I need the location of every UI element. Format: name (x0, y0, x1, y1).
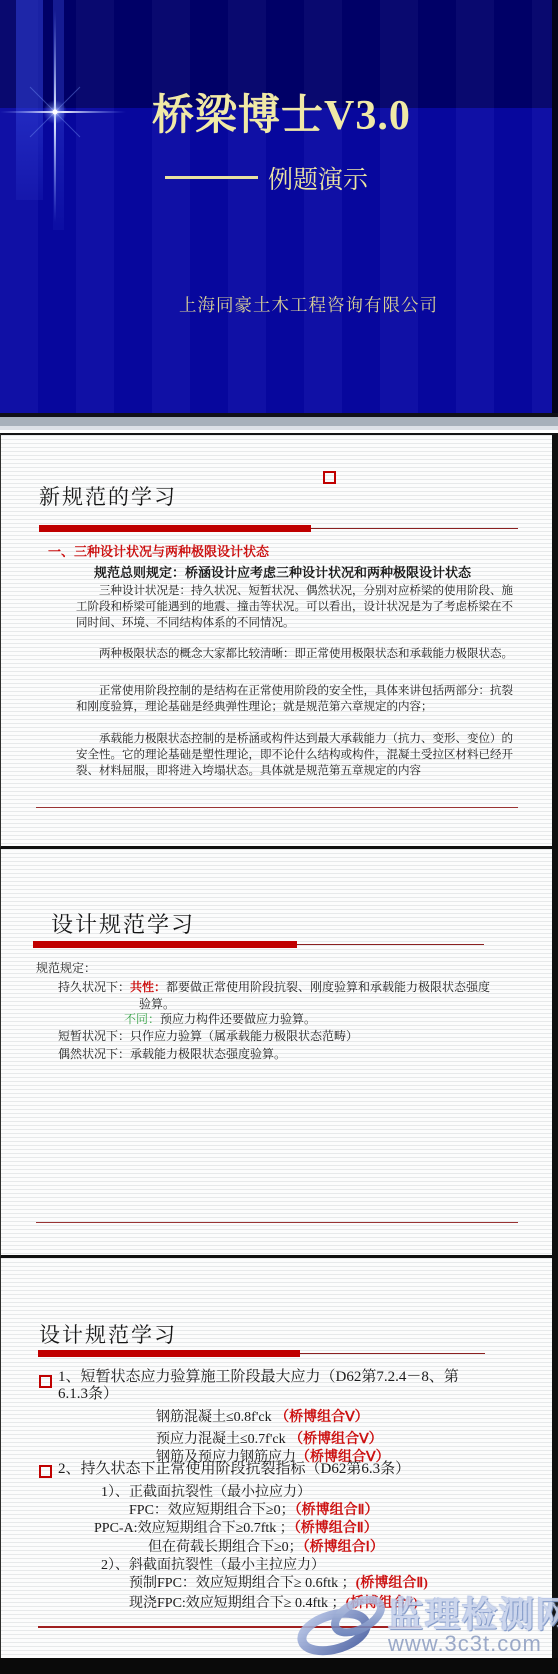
slide-1-title-slide: 桥梁博士V3.0 例题演示 上海同豪土木工程咨询有限公司 (0, 0, 552, 413)
combo-tag: （桥博组合Ⅰ） (303, 1540, 384, 1555)
title-underline-bar (38, 1350, 518, 1357)
slide-3-design-code-study: 设计规范学习 规范规定： 持久状况下：共性：都要做正常使用阶段抗裂、刚度验算和承… (0, 849, 558, 1258)
common-text: 都要做正常使用阶段抗裂、刚度验算和承载能力极限状态强度 (166, 980, 490, 994)
watermark-site-url: www.3c3t.com (388, 1631, 542, 1657)
divider-strip (0, 413, 558, 433)
title-underline-bar (33, 941, 518, 948)
fpc-text: FPC：效应短期组合下≥0； (129, 1503, 295, 1518)
slide2-title: 新规范的学习 (39, 481, 177, 511)
line-precast-fpc: 预制FPC：效应短期组合下≥ 0.6ftk ；(桥博组合Ⅱ) (129, 1572, 428, 1592)
slide3-bottom-rule (36, 1222, 518, 1223)
difference-text: 预应力构件还要做应力验算。 (160, 1012, 316, 1026)
long-term-text: 但在荷载长期组合下≥0； (148, 1540, 303, 1555)
slide4-title: 设计规范学习 (39, 1319, 177, 1349)
slide3-title: 设计规范学习 (51, 908, 195, 939)
paragraph-ultimate-capacity: 承载能力极限状态控制的是桥涵或构件达到最大承载能力（抗力、变形、变位）的 安全性… (76, 731, 522, 779)
line-fpc: FPC：效应短期组合下≥0；（桥博组合Ⅱ） (129, 1499, 378, 1519)
difference-row: 不同：预应力构件还要做应力验算。 (124, 1010, 316, 1027)
line-normal-section: 1）、正截面抗裂性（最小拉应力） (101, 1481, 311, 1501)
slides-page: 桥梁博士V3.0 例题演示 上海同豪土木工程咨询有限公司 新规范的学习 一、三种… (0, 0, 558, 1674)
slide-2-new-code-study: 新规范的学习 一、三种设计状况与两种极限设计状态 规范总则规定：桥涵设计应考虑三… (0, 433, 558, 849)
precast-fpc-text: 预制FPC：效应短期组合下≥ 0.6ftk ； (129, 1576, 356, 1591)
combo-tag: （桥博组合Ⅴ） (289, 1432, 383, 1447)
paragraph-design-situations: 三种设计状况是：持久状况、短暂状况、偶然状况，分别对应桥梁的使用阶段、施 工阶段… (76, 583, 522, 631)
line-ppc-a: PPC-A:效应短期组合下≥0.7ftk ；（桥博组合Ⅱ） (94, 1517, 378, 1537)
section-heading: 一、三种设计状况与两种极限设计状态 (48, 541, 269, 560)
bottom-black-bar (0, 1658, 558, 1674)
item2-crack-resistance: 2、持久状态下正常使用阶段抗裂指标（D62第6.3条） (58, 1461, 410, 1478)
paragraph-serviceability: 正常使用阶段控制的是结构在正常使用阶段的安全性，具体来讲包括两部分：抗裂 和刚度… (76, 683, 522, 715)
code-general-rule: 规范总则规定：桥涵设计应考虑三种设计状况和两种极限设计状态 (94, 562, 471, 581)
slide1-right-border (552, 0, 558, 417)
pc-limit-text: 预应力混凝土≤0.7f'ck (156, 1432, 289, 1447)
presentation-title: 桥梁博士V3.0 (152, 82, 411, 142)
line-pc-limit: 预应力混凝土≤0.7f'ck （桥博组合Ⅴ） (156, 1428, 383, 1448)
rc-limit-text: 钢筋混凝土≤0.8f'ck (156, 1410, 275, 1425)
line-rc-limit: 钢筋混凝土≤0.8f'ck （桥博组合Ⅴ） (156, 1406, 369, 1426)
company-name: 上海同豪土木工程咨询有限公司 (179, 292, 438, 317)
star-flare-icon (0, 10, 150, 230)
paragraph-limit-states: 两种极限状态的概念大家都比较清晰：即正常使用极限状态和承载能力极限状态。 (76, 646, 522, 662)
combo-tag: （桥博组合Ⅴ） (275, 1410, 369, 1425)
subtitle-dash-line (165, 176, 258, 179)
code-rules-label: 规范规定： (36, 959, 96, 976)
watermark-logo-icon (292, 1592, 400, 1660)
line-long-term: 但在荷载长期组合下≥0；（桥博组合Ⅰ） (148, 1536, 384, 1556)
red-square-deco-icon (323, 471, 336, 484)
line-oblique-section: 2）、斜截面抗裂性（最小主拉应力） (101, 1554, 325, 1574)
transient-situation-row: 短暂状况下：只作应力验算（属承载能力极限状态范畴） (58, 1027, 358, 1044)
presentation-subtitle: 例题演示 (268, 160, 368, 196)
difference-label: 不同： (124, 1012, 160, 1026)
bullet-square-icon (39, 1465, 52, 1478)
item1-transient-stress-check: 1、短暂状态应力验算施工阶段最大应力（D62第7.2.4－8、第 6.1.3条） (58, 1369, 459, 1403)
common-label: 共性： (130, 980, 166, 994)
combo-tag: （桥博组合Ⅱ） (294, 1521, 378, 1536)
slide2-bottom-rule (36, 807, 518, 808)
title-underline-bar (39, 525, 518, 532)
ppc-a-text: PPC-A:效应短期组合下≥0.7ftk ； (94, 1521, 294, 1536)
persistent-situation-row: 持久状况下：共性：都要做正常使用阶段抗裂、刚度验算和承载能力极限状态强度 (58, 978, 490, 995)
accidental-situation-row: 偶然状况下：承载能力极限状态强度验算。 (58, 1045, 286, 1062)
persistent-label: 持久状况下： (58, 980, 130, 994)
combo-tag: （桥博组合Ⅱ） (295, 1503, 379, 1518)
bullet-square-icon (39, 1375, 52, 1388)
